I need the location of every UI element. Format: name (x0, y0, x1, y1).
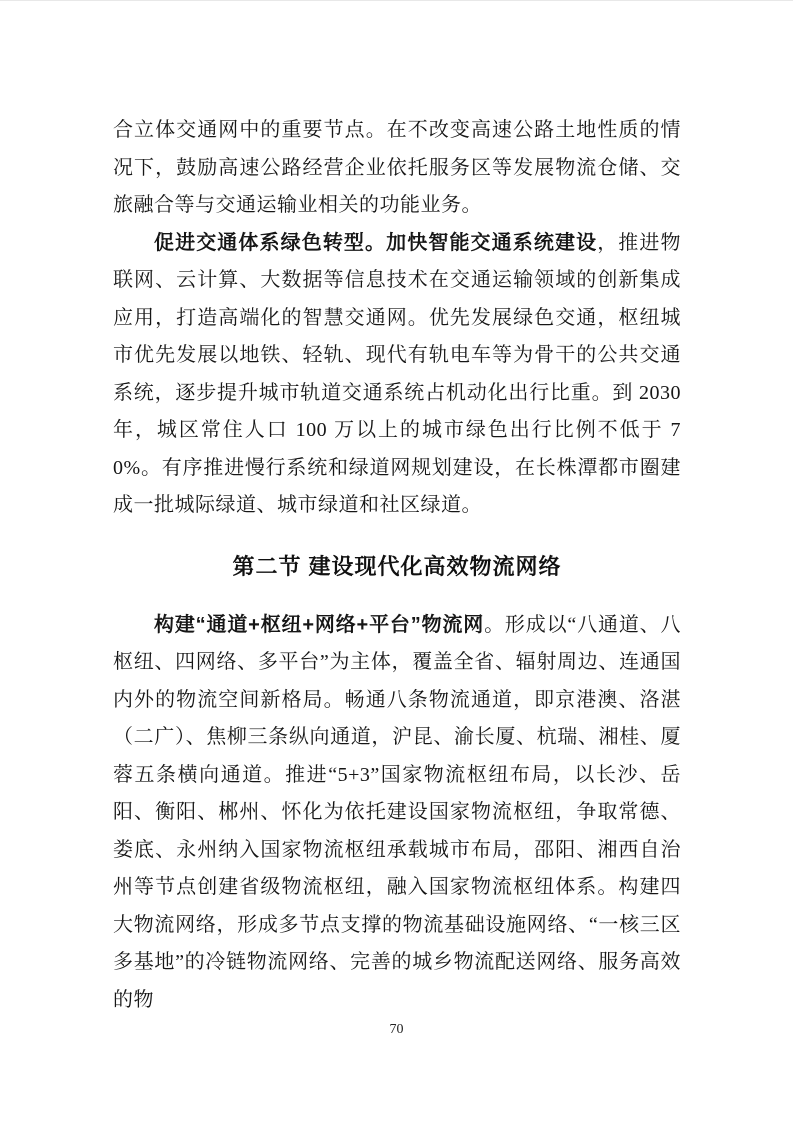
page-number: 70 (0, 1022, 793, 1038)
section-heading: 第二节 建设现代化高效物流网络 (113, 548, 681, 586)
paragraph-text: 。形成以“八通道、八枢纽、四网络、多平台”为主体，覆盖全省、辐射周边、连通国内外… (113, 614, 681, 1011)
paragraph-logistics-network: 构建“通道+枢纽+网络+平台”物流网。形成以“八通道、八枢纽、四网络、多平台”为… (113, 607, 681, 1020)
paragraph-lead-bold-text: 构建“通道+枢纽+网络+平台”物流网 (154, 614, 484, 636)
paragraph-transport-continuation: 合立体交通网中的重要节点。在不改变高速公路土地性质的情况下，鼓励高速公路经营企业… (113, 112, 681, 225)
paragraph-green-transformation: 促进交通体系绿色转型。加快智能交通系统建设，推进物联网、云计算、大数据等信息技术… (113, 225, 681, 525)
paragraph-text: ，推进物联网、云计算、大数据等信息技术在交通运输领域的创新集成应用，打造高端化的… (113, 232, 681, 517)
paragraph-lead-bold-text: 促进交通体系绿色转型。加快智能交通系统建设 (154, 232, 597, 254)
text-content-block: 合立体交通网中的重要节点。在不改变高速公路土地性质的情况下，鼓励高速公路经营企业… (113, 112, 681, 1019)
document-page: 合立体交通网中的重要节点。在不改变高速公路土地性质的情况下，鼓励高速公路经营企业… (0, 0, 793, 1123)
paragraph-text: 合立体交通网中的重要节点。在不改变高速公路土地性质的情况下，鼓励高速公路经营企业… (113, 119, 681, 216)
